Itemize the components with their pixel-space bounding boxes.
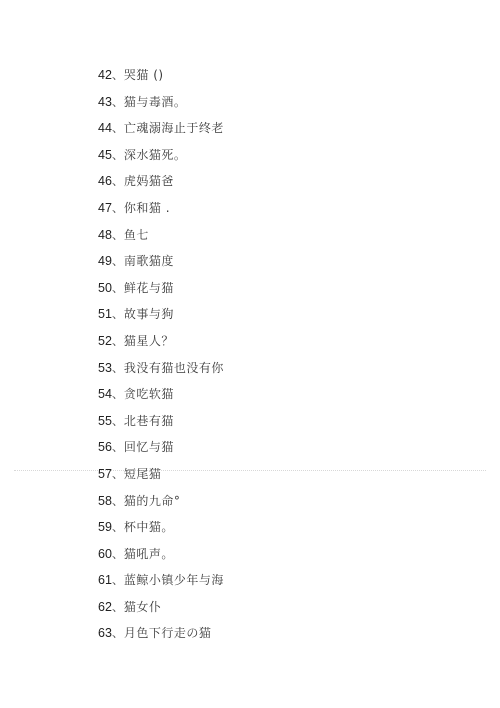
list-item: 52、猫星人？ <box>98 332 224 359</box>
list-item: 63、月色下行走の猫 <box>98 624 224 651</box>
item-text: 猫星人？ <box>124 334 174 348</box>
list-item: 61、蓝鲸小镇少年与海 <box>98 571 224 598</box>
item-text: 杯中猫。 <box>124 520 174 534</box>
item-number: 54 <box>98 387 112 401</box>
item-separator: 、 <box>112 626 124 640</box>
list-item: 47、你和猫 . <box>98 199 224 226</box>
list-item: 54、贪吃软猫 <box>98 385 224 412</box>
item-separator: 、 <box>112 494 124 508</box>
item-text: 短尾猫 <box>124 467 162 481</box>
item-number: 61 <box>98 573 112 587</box>
item-text: 鲜花与猫 <box>124 281 174 295</box>
page-break-divider <box>14 470 486 471</box>
item-separator: 、 <box>112 201 124 215</box>
item-text: 猫与毒酒。 <box>124 95 187 109</box>
item-text: 深水猫死。 <box>124 148 187 162</box>
item-separator: 、 <box>112 414 124 428</box>
item-text: 回忆与猫 <box>124 440 174 454</box>
item-number: 62 <box>98 600 112 614</box>
item-separator: 、 <box>112 174 124 188</box>
item-number: 60 <box>98 547 112 561</box>
item-number: 47 <box>98 201 112 215</box>
list-item: 53、我没有猫也没有你 <box>98 359 224 386</box>
item-number: 53 <box>98 361 112 375</box>
item-number: 52 <box>98 334 112 348</box>
item-text: 哭猫 () <box>124 68 164 82</box>
item-text: 猫的九命° <box>124 494 181 508</box>
list-item: 58、猫的九命° <box>98 492 224 519</box>
item-number: 48 <box>98 228 112 242</box>
item-separator: 、 <box>112 361 124 375</box>
item-number: 63 <box>98 626 112 640</box>
item-separator: 、 <box>112 334 124 348</box>
item-number: 57 <box>98 467 112 481</box>
item-number: 42 <box>98 68 112 82</box>
list-item: 42、哭猫 () <box>98 66 224 93</box>
item-text: 猫吼声。 <box>124 547 174 561</box>
item-number: 43 <box>98 95 112 109</box>
item-separator: 、 <box>112 467 124 481</box>
item-number: 59 <box>98 520 112 534</box>
item-text: 蓝鲸小镇少年与海 <box>124 573 224 587</box>
list-item: 59、杯中猫。 <box>98 518 224 545</box>
list-item: 57、短尾猫 <box>98 465 224 492</box>
list-item: 46、虎妈猫爸 <box>98 172 224 199</box>
document-page: 42、哭猫 () 43、猫与毒酒。 44、亡魂溺海止于终老 45、深水猫死。 4… <box>0 0 500 708</box>
item-separator: 、 <box>112 440 124 454</box>
item-separator: 、 <box>112 68 124 82</box>
list-item: 43、猫与毒酒。 <box>98 93 224 120</box>
item-separator: 、 <box>112 520 124 534</box>
item-text: 南歌猫度 <box>124 254 174 268</box>
list-item: 51、故事与狗 <box>98 305 224 332</box>
item-text: 北巷有猫 <box>124 414 174 428</box>
list-item: 50、鲜花与猫 <box>98 279 224 306</box>
item-number: 49 <box>98 254 112 268</box>
numbered-list: 42、哭猫 () 43、猫与毒酒。 44、亡魂溺海止于终老 45、深水猫死。 4… <box>98 66 224 651</box>
item-text: 虎妈猫爸 <box>124 174 174 188</box>
item-text: 鱼七 <box>124 228 149 242</box>
item-text: 我没有猫也没有你 <box>124 361 224 375</box>
item-text: 猫女仆 <box>124 600 162 614</box>
item-text: 故事与狗 <box>124 307 174 321</box>
list-item: 56、回忆与猫 <box>98 438 224 465</box>
item-separator: 、 <box>112 387 124 401</box>
item-separator: 、 <box>112 228 124 242</box>
item-number: 55 <box>98 414 112 428</box>
list-item: 55、北巷有猫 <box>98 412 224 439</box>
item-number: 56 <box>98 440 112 454</box>
item-separator: 、 <box>112 95 124 109</box>
item-separator: 、 <box>112 148 124 162</box>
item-number: 51 <box>98 307 112 321</box>
item-text: 亡魂溺海止于终老 <box>124 121 224 135</box>
item-separator: 、 <box>112 547 124 561</box>
item-separator: 、 <box>112 307 124 321</box>
item-separator: 、 <box>112 573 124 587</box>
list-item: 45、深水猫死。 <box>98 146 224 173</box>
item-separator: 、 <box>112 281 124 295</box>
item-separator: 、 <box>112 600 124 614</box>
list-item: 48、鱼七 <box>98 226 224 253</box>
list-item: 49、南歌猫度 <box>98 252 224 279</box>
item-text: 月色下行走の猫 <box>124 626 212 640</box>
item-number: 58 <box>98 494 112 508</box>
item-text: 你和猫 . <box>124 201 170 215</box>
item-separator: 、 <box>112 254 124 268</box>
item-number: 45 <box>98 148 112 162</box>
item-number: 44 <box>98 121 112 135</box>
item-text: 贪吃软猫 <box>124 387 174 401</box>
item-number: 50 <box>98 281 112 295</box>
item-number: 46 <box>98 174 112 188</box>
list-item: 60、猫吼声。 <box>98 545 224 572</box>
item-separator: 、 <box>112 121 124 135</box>
list-item: 62、猫女仆 <box>98 598 224 625</box>
list-item: 44、亡魂溺海止于终老 <box>98 119 224 146</box>
